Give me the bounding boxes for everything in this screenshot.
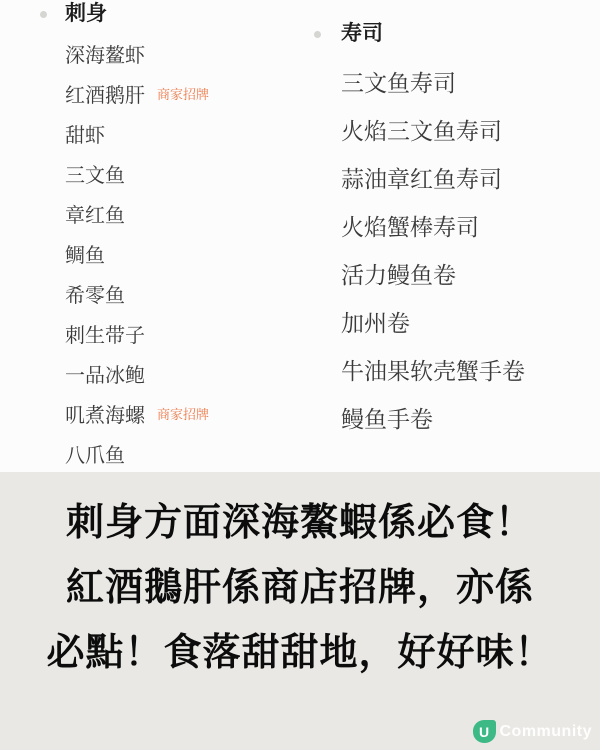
post-image: 刺身 深海鳌虾 红酒鹅肝 商家招牌 甜虾 [0,0,600,750]
menu-item-label: 火焰蟹棒寿司 [341,209,479,242]
menu-item-label: 深海鳌虾 [65,39,145,68]
menu-item[interactable]: 火焰三文鱼寿司 [341,105,525,153]
menu-item[interactable]: 希零鱼 [65,273,209,313]
menu-screenshot: 刺身 深海鳌虾 红酒鹅肝 商家招牌 甜虾 [0,0,600,472]
menu-item-label: 加州卷 [341,305,410,338]
menu-item[interactable]: 三文鱼 [65,153,209,193]
sushi-list: 三文鱼寿司 火焰三文鱼寿司 蒜油章红鱼寿司 火焰蟹棒寿司 [341,57,525,441]
ucommunity-logo-icon: U [473,720,496,743]
menu-item[interactable]: 甜虾 [65,113,209,153]
category-title: 寿司 [341,22,383,46]
category-column-sashimi: 刺身 深海鳌虾 红酒鹅肝 商家招牌 甜虾 [40,2,209,473]
menu-item-label: 牛油果软壳蟹手卷 [341,353,525,386]
menu-item-label: 一品冰鲍 [65,359,145,388]
category-header-sushi: 寿司 [314,22,525,46]
menu-item[interactable]: 鲷鱼 [65,233,209,273]
category-title: 刺身 [65,2,107,26]
caption-line: 刺身方面深海鰲蝦係必食！ [0,490,600,555]
menu-item-label: 鳗鱼手卷 [341,401,433,434]
caption-line: 紅酒鵝肝係商店招牌，亦係 [0,555,600,620]
menu-item[interactable]: 牛油果软壳蟹手卷 [341,345,525,393]
menu-item[interactable]: 火焰蟹棒寿司 [341,201,525,249]
ucommunity-logo-text: Community [500,723,593,741]
menu-item[interactable]: 八爪鱼 [65,433,209,473]
bullet-dot-icon [314,31,321,38]
menu-item-label: 火焰三文鱼寿司 [341,113,502,146]
menu-item[interactable]: 鳗鱼手卷 [341,393,525,441]
menu-item[interactable]: 加州卷 [341,297,525,345]
caption-line: 必點！食落甜甜地，好好味！ [0,620,600,685]
menu-item[interactable]: 叽煮海螺 商家招牌 [65,393,209,433]
caption-panel: 刺身方面深海鰲蝦係必食！ 紅酒鵝肝係商店招牌，亦係 必點！食落甜甜地，好好味！ … [0,472,600,750]
category-header-sashimi: 刺身 [40,2,209,26]
menu-item[interactable]: 活力鳗鱼卷 [341,249,525,297]
menu-item-label: 叽煮海螺 [65,399,145,428]
category-column-sushi: 寿司 三文鱼寿司 火焰三文鱼寿司 蒜油章红鱼寿司 [314,22,525,441]
menu-item[interactable]: 刺生带子 [65,313,209,353]
menu-item-label: 三文鱼 [65,159,125,188]
menu-item-label: 活力鳗鱼卷 [341,257,456,290]
menu-item-label: 鲷鱼 [65,239,105,268]
sashimi-list: 深海鳌虾 红酒鹅肝 商家招牌 甜虾 三文鱼 [65,33,209,473]
ucommunity-watermark: U Community [473,720,593,743]
menu-item-label: 甜虾 [65,119,105,148]
menu-item[interactable]: 一品冰鲍 [65,353,209,393]
menu-item[interactable]: 蒜油章红鱼寿司 [341,153,525,201]
menu-item[interactable]: 三文鱼寿司 [341,57,525,105]
menu-item-label: 三文鱼寿司 [341,65,456,98]
menu-item-label: 希零鱼 [65,279,125,308]
signature-badge: 商家招牌 [157,84,209,103]
signature-badge: 商家招牌 [157,404,209,423]
menu-item[interactable]: 红酒鹅肝 商家招牌 [65,73,209,113]
menu-item-label: 红酒鹅肝 [65,79,145,108]
menu-item-label: 刺生带子 [65,319,145,348]
menu-item-label: 八爪鱼 [65,439,125,468]
menu-item-label: 章红鱼 [65,199,125,228]
bullet-dot-icon [40,11,47,18]
menu-item[interactable]: 章红鱼 [65,193,209,233]
menu-item-label: 蒜油章红鱼寿司 [341,161,502,194]
menu-item[interactable]: 深海鳌虾 [65,33,209,73]
